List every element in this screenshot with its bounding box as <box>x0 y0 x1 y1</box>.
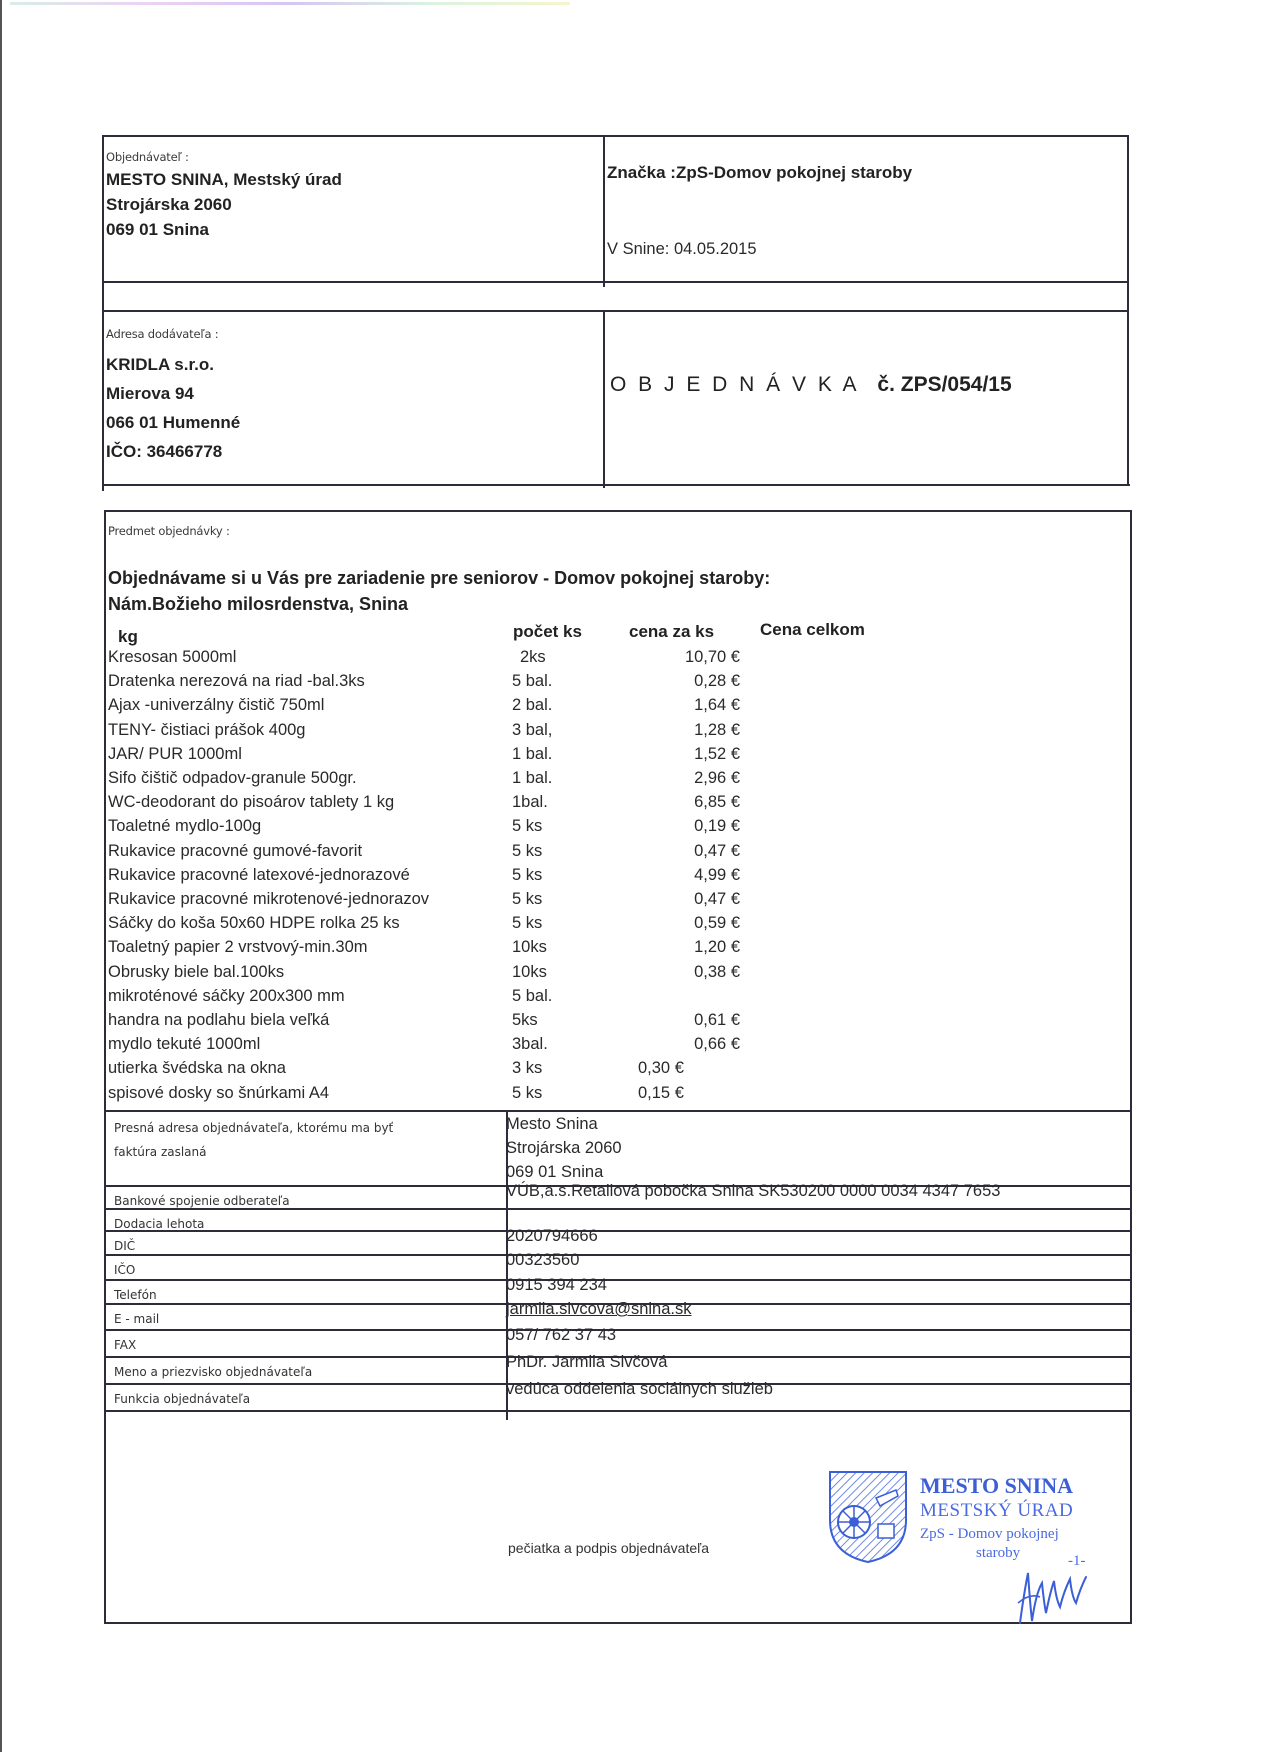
info-label: FAX <box>114 1338 136 1352</box>
page-left-edge <box>0 0 2 1752</box>
table-row: Rukavice pracovné gumové-favorit5 ks0,47… <box>108 842 728 866</box>
supplier-name: KRIDLA s.r.o. <box>106 355 214 375</box>
signature-caption: pečiatka a podpis objednávateľa <box>508 1540 709 1556</box>
supplier-ico: IČO: 36466778 <box>106 442 222 462</box>
item-unit-price: 0,61 € <box>620 1011 740 1030</box>
stamp-subtitle: MESTSKÝ ÚRAD <box>920 1500 1073 1522</box>
item-name: Rukavice pracovné mikrotenové-jednorazov <box>108 890 498 909</box>
table-row: handra na podlahu biela veľká5ks0,61 € <box>108 1011 728 1035</box>
item-name: Sáčky do koša 50x60 HDPE rolka 25 ks <box>108 914 400 933</box>
item-quantity: 5 ks <box>512 817 542 836</box>
item-name: mikroténové sáčky 200x300 mm <box>108 987 345 1006</box>
info-value: 00323560 <box>506 1251 579 1270</box>
table-row: Obrusky biele bal.100ks10ks0,38 € <box>108 963 728 987</box>
info-value: VÚB,a.s.Retailová pobočka Snina SK530200… <box>506 1182 1000 1201</box>
table-row: JAR/ PUR 1000ml1 bal.1,52 € <box>108 745 728 769</box>
item-name: Rukavice pracovné gumové-favorit <box>108 842 362 861</box>
item-quantity: 5 bal. <box>512 672 552 691</box>
item-quantity: 3 bal, <box>512 721 552 740</box>
info-value: 0915 394 234 <box>506 1276 607 1295</box>
info-label: E - mail <box>114 1312 159 1326</box>
item-unit-price: 1,28 € <box>620 721 740 740</box>
orderer-city: 069 01 Snina <box>106 220 209 240</box>
table-row: Kresosan 5000ml2ks10,70 € <box>108 648 728 672</box>
item-quantity: 1 bal. <box>512 745 552 764</box>
item-quantity: 5ks <box>512 1011 538 1030</box>
billing-label-1: Presná adresa objednávateľa, ktorému ma … <box>114 1121 393 1135</box>
table-row: spisové dosky so šnúrkami A45 ks0,15 € <box>108 1084 728 1108</box>
reference-mark: Značka :ZpS-Domov pokojnej staroby <box>607 163 912 183</box>
item-unit-price: 0,59 € <box>620 914 740 933</box>
order-number: č. ZPS/054/15 <box>877 373 1011 396</box>
item-name: TENY- čistiaci prášok 400g <box>108 721 305 740</box>
info-label: Bankové spojenie odberateľa <box>114 1194 290 1208</box>
table-row: Toaletné mydlo-100g5 ks0,19 € <box>108 817 728 841</box>
item-name: Dratenka nerezová na riad -bal.3ks <box>108 672 365 691</box>
stamp-line4: staroby <box>976 1545 1020 1562</box>
stamp-line3: ZpS - Domov pokojnej <box>920 1526 1059 1543</box>
item-quantity: 10ks <box>512 963 547 982</box>
handwritten-signature <box>1010 1563 1100 1633</box>
item-unit-price: 4,99 € <box>620 866 740 885</box>
item-name: spisové dosky so šnúrkami A4 <box>108 1084 329 1103</box>
item-quantity: 1 bal. <box>512 769 552 788</box>
scan-artifact-strip <box>10 2 570 5</box>
col-header-unit-price: cena za ks <box>629 622 714 642</box>
item-name: Kresosan 5000ml <box>108 648 236 667</box>
info-label: DIČ <box>114 1239 135 1253</box>
table-row: TENY- čistiaci prášok 400g3 bal,1,28 € <box>108 721 728 745</box>
item-unit-price: 0,30 € <box>638 1059 684 1078</box>
supplier-label: Adresa dodávateľa : <box>106 327 218 341</box>
orderer-label: Objednávateľ : <box>106 150 189 164</box>
item-quantity: 5 ks <box>512 866 542 885</box>
info-value: 2020794666 <box>506 1227 598 1246</box>
subject-intro: Objednávame si u Vás pre zariadenie pre … <box>108 568 770 589</box>
item-quantity: 5 ks <box>512 914 542 933</box>
info-label: IČO <box>114 1263 135 1277</box>
item-unit-price: 0,47 € <box>620 890 740 909</box>
item-quantity: 5 bal. <box>512 987 552 1006</box>
table-row: mydlo tekuté 1000ml3bal.0,66 € <box>108 1035 728 1059</box>
item-unit-price: 0,38 € <box>620 963 740 982</box>
item-name: mydlo tekuté 1000ml <box>108 1035 260 1054</box>
order-date: V Snine: 04.05.2015 <box>607 240 757 259</box>
item-quantity: 3 ks <box>512 1059 542 1078</box>
item-name: Sifo čištič odpadov-granule 500gr. <box>108 769 357 788</box>
supplier-street: Mierova 94 <box>106 384 194 404</box>
email-link[interactable]: jarmila.sivcova@snina.sk <box>506 1300 691 1319</box>
info-value: 057/ 762 37 43 <box>506 1326 616 1345</box>
info-label: Telefón <box>114 1288 157 1302</box>
item-unit-price: 1,64 € <box>620 696 740 715</box>
item-name: Obrusky biele bal.100ks <box>108 963 284 982</box>
info-label: Dodacia lehota <box>114 1217 204 1231</box>
item-unit-price: 2,96 € <box>620 769 740 788</box>
item-quantity: 2 bal. <box>512 696 552 715</box>
table-row: Ajax -univerzálny čistič 750ml2 bal.1,64… <box>108 696 728 720</box>
table-row: mikroténové sáčky 200x300 mm5 bal. <box>108 987 728 1011</box>
item-name: utierka švédska na okna <box>108 1059 286 1078</box>
item-quantity: 1bal. <box>512 793 548 812</box>
order-number-title: O B J E D N Á V K A č. ZPS/054/15 <box>610 373 1012 397</box>
table-row: Sáčky do koša 50x60 HDPE rolka 25 ks5 ks… <box>108 914 728 938</box>
table-row: Rukavice pracovné latexové-jednorazové5 … <box>108 866 728 890</box>
table-row: WC-deodorant do pisoárov tablety 1 kg1ba… <box>108 793 728 817</box>
table-row: Toaletný papier 2 vrstvový-min.30m10ks1,… <box>108 938 728 962</box>
item-unit-price: 0,28 € <box>620 672 740 691</box>
item-unit-price: 10,70 € <box>620 648 740 667</box>
order-word: O B J E D N Á V K A <box>610 373 860 396</box>
table-row: Sifo čištič odpadov-granule 500gr.1 bal.… <box>108 769 728 793</box>
billing-name: Mesto Snina <box>506 1115 598 1134</box>
col-header-unit: kg <box>118 627 138 647</box>
item-quantity: 5 ks <box>512 1084 542 1103</box>
item-unit-price: 1,52 € <box>620 745 740 764</box>
item-unit-price: 0,66 € <box>620 1035 740 1054</box>
billing-city: 069 01 Snina <box>506 1163 603 1182</box>
item-name: Rukavice pracovné latexové-jednorazové <box>108 866 410 885</box>
item-name: Toaletné mydlo-100g <box>108 817 261 836</box>
info-value: PhDr. Jarmila Sivčová <box>506 1353 667 1372</box>
item-unit-price: 0,19 € <box>620 817 740 836</box>
item-quantity: 2ks <box>520 648 546 667</box>
item-unit-price: 0,47 € <box>620 842 740 861</box>
item-name: Toaletný papier 2 vrstvový-min.30m <box>108 938 368 957</box>
billing-street: Strojárska 2060 <box>506 1139 622 1158</box>
coat-of-arms-icon <box>826 1468 910 1564</box>
item-name: JAR/ PUR 1000ml <box>108 745 242 764</box>
info-label: Meno a priezvisko objednávateľa <box>114 1365 312 1379</box>
item-unit-price: 0,15 € <box>638 1084 684 1103</box>
table-row: Dratenka nerezová na riad -bal.3ks5 bal.… <box>108 672 728 696</box>
item-name: Ajax -univerzálny čistič 750ml <box>108 696 324 715</box>
table-row: utierka švédska na okna3 ks0,30 € <box>108 1059 728 1083</box>
subject-label: Predmet objednávky : <box>108 524 230 538</box>
official-stamp: MESTO SNINA MESTSKÝ ÚRAD ZpS - Domov pok… <box>820 1463 1110 1633</box>
orderer-street: Strojárska 2060 <box>106 195 232 215</box>
info-value: vedúca oddelenia sociálnych služieb <box>506 1380 773 1399</box>
col-header-total: Cena celkom <box>760 620 865 640</box>
col-header-quantity: počet ks <box>513 622 582 642</box>
subject-address: Nám.Božieho milosrdenstva, Snina <box>108 594 408 615</box>
item-unit-price: 6,85 € <box>620 793 740 812</box>
item-quantity: 10ks <box>512 938 547 957</box>
item-unit-price: 1,20 € <box>620 938 740 957</box>
item-name: handra na podlahu biela veľká <box>108 1011 329 1030</box>
billing-label-2: faktúra zaslaná <box>114 1145 207 1159</box>
item-name: WC-deodorant do pisoárov tablety 1 kg <box>108 793 394 812</box>
item-quantity: 5 ks <box>512 890 542 909</box>
item-quantity: 3bal. <box>512 1035 548 1054</box>
orderer-name: MESTO SNINA, Mestský úrad <box>106 170 342 190</box>
stamp-title: MESTO SNINA <box>920 1473 1073 1499</box>
table-row: Rukavice pracovné mikrotenové-jednorazov… <box>108 890 728 914</box>
info-label: Funkcia objednávateľa <box>114 1392 250 1406</box>
supplier-city: 066 01 Humenné <box>106 413 240 433</box>
item-quantity: 5 ks <box>512 842 542 861</box>
